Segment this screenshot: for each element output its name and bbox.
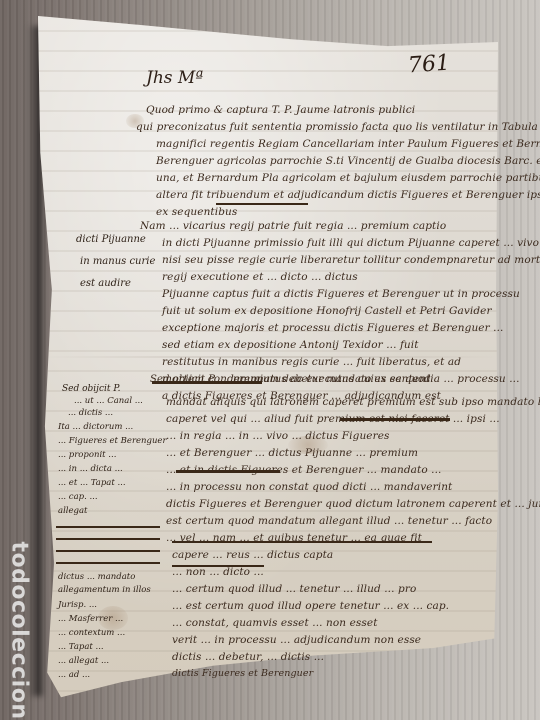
margin-note: est audire: [80, 278, 131, 289]
folio-number: 761: [407, 51, 451, 79]
margin-note: dicti Pijuanne: [76, 234, 146, 245]
text-line: sed etiam ex depositione Antonij Texidor…: [162, 339, 419, 351]
margin-note: ... proponit ...: [58, 450, 116, 460]
text-line: ... non ... dicto ...: [172, 566, 264, 578]
strikethrough: [56, 550, 160, 552]
text-line: Berenguer agricolas parrochie S.ti Vince…: [156, 155, 540, 167]
margin-note: allegat: [58, 506, 87, 516]
text-line: verit ... in processu ... adjudicandum n…: [172, 634, 421, 646]
text-line: magnifici regentis Regiam Cancellariam i…: [156, 138, 540, 150]
text-line: nisi seu pisse regie curie liberaretur t…: [162, 254, 540, 266]
margin-note: Ita ... dictorum ...: [58, 422, 133, 432]
margin-note: Jurisp. ...: [58, 600, 97, 610]
margin-note: ... cap. ...: [58, 492, 98, 502]
strikethrough: [172, 565, 264, 567]
text-line: ... est certum quod illud opere tenetur …: [172, 600, 449, 612]
margin-note: ... et ... Tapat ...: [58, 478, 126, 488]
text-line: dictis ... debetur, ... dictis ...: [172, 651, 324, 663]
strikethrough: [56, 526, 160, 528]
margin-note: ... ut ... Canal ...: [74, 396, 143, 406]
margin-note: ... Masferrer ...: [58, 614, 123, 624]
text-line: fuit ut solum ex depositione Honofrij Ca…: [162, 305, 492, 317]
margin-note: ... contextum ...: [58, 628, 125, 638]
text-line: Nam ... vicarius regij patrie fuit regia…: [140, 220, 446, 232]
margin-note: dictus ... mandato: [58, 572, 135, 582]
text-line: Quod primo & captura T. P. Jaume latroni…: [146, 104, 415, 116]
text-line: regij executione et ... dicto ... dictus: [162, 271, 358, 283]
strikethrough: [340, 418, 450, 421]
text-line: exceptione majoris et processu dictis Fi…: [162, 322, 504, 334]
text-line: altera fit tribuendum et adjudicandum di…: [156, 189, 540, 201]
text-line: ... certum quod illud ... tenetur ... il…: [172, 583, 416, 595]
text-line: ... constat, quamvis esset ... non esset: [172, 617, 378, 629]
text-line: ex sequentibus: [156, 206, 237, 218]
margin-note: allegamentum in illos: [58, 585, 151, 595]
margin-note: ... dictis ...: [68, 408, 113, 418]
strikethrough: [56, 562, 160, 564]
margin-note: ... allegat ...: [58, 656, 109, 666]
text-line: Pijuanne captus fuit a dictis Figueres e…: [162, 288, 520, 300]
margin-note: ... Figueres et Berenguer: [58, 436, 167, 446]
watermark-text: todocoleccion: [7, 541, 32, 719]
heading-invocation: Jhs Mª: [146, 68, 203, 88]
strikethrough: [176, 470, 280, 473]
text-line: qui preconizatus fuit sententia promissi…: [136, 121, 538, 133]
margin-note: ... Tapat ...: [58, 642, 104, 652]
text-line: mandat aliquis qui latronem caperet prem…: [166, 396, 540, 408]
margin-note: ... in ... dicta ...: [58, 464, 123, 474]
text-line: dictis Figueres et Berenguer quod dictum…: [166, 498, 540, 510]
text-line: ... in processu non constat quod dicti .…: [166, 481, 452, 493]
margin-note: in manus curie: [80, 256, 155, 267]
text-line: dictis Figueres et Berenguer: [172, 668, 313, 679]
strikethrough: [172, 541, 432, 543]
strikethrough: [216, 203, 308, 205]
text-line: ... et Berenguer ... dictus Pijuanne ...…: [166, 447, 418, 459]
watermark: todocoleccion: [2, 546, 36, 714]
margin-note: Sed obijcit P.: [62, 384, 120, 394]
margin-note: ... ad ...: [58, 670, 90, 680]
text-line: ... in regia ... in ... vivo ... dictus …: [166, 430, 390, 442]
text-line: capere ... reus ... dictus capta: [172, 549, 333, 561]
text-line: una, et Bernardum Pla agricolam et bajul…: [156, 172, 540, 184]
strikethrough: [56, 538, 160, 540]
text-line: restitutus in manibus regis curie ... fu…: [162, 356, 461, 368]
text-line: in dicti Pijuanne primissio fuit illi qu…: [162, 237, 539, 249]
strikethrough: [152, 381, 262, 384]
text-line: est certum quod mandatum allegant illud …: [166, 515, 492, 527]
